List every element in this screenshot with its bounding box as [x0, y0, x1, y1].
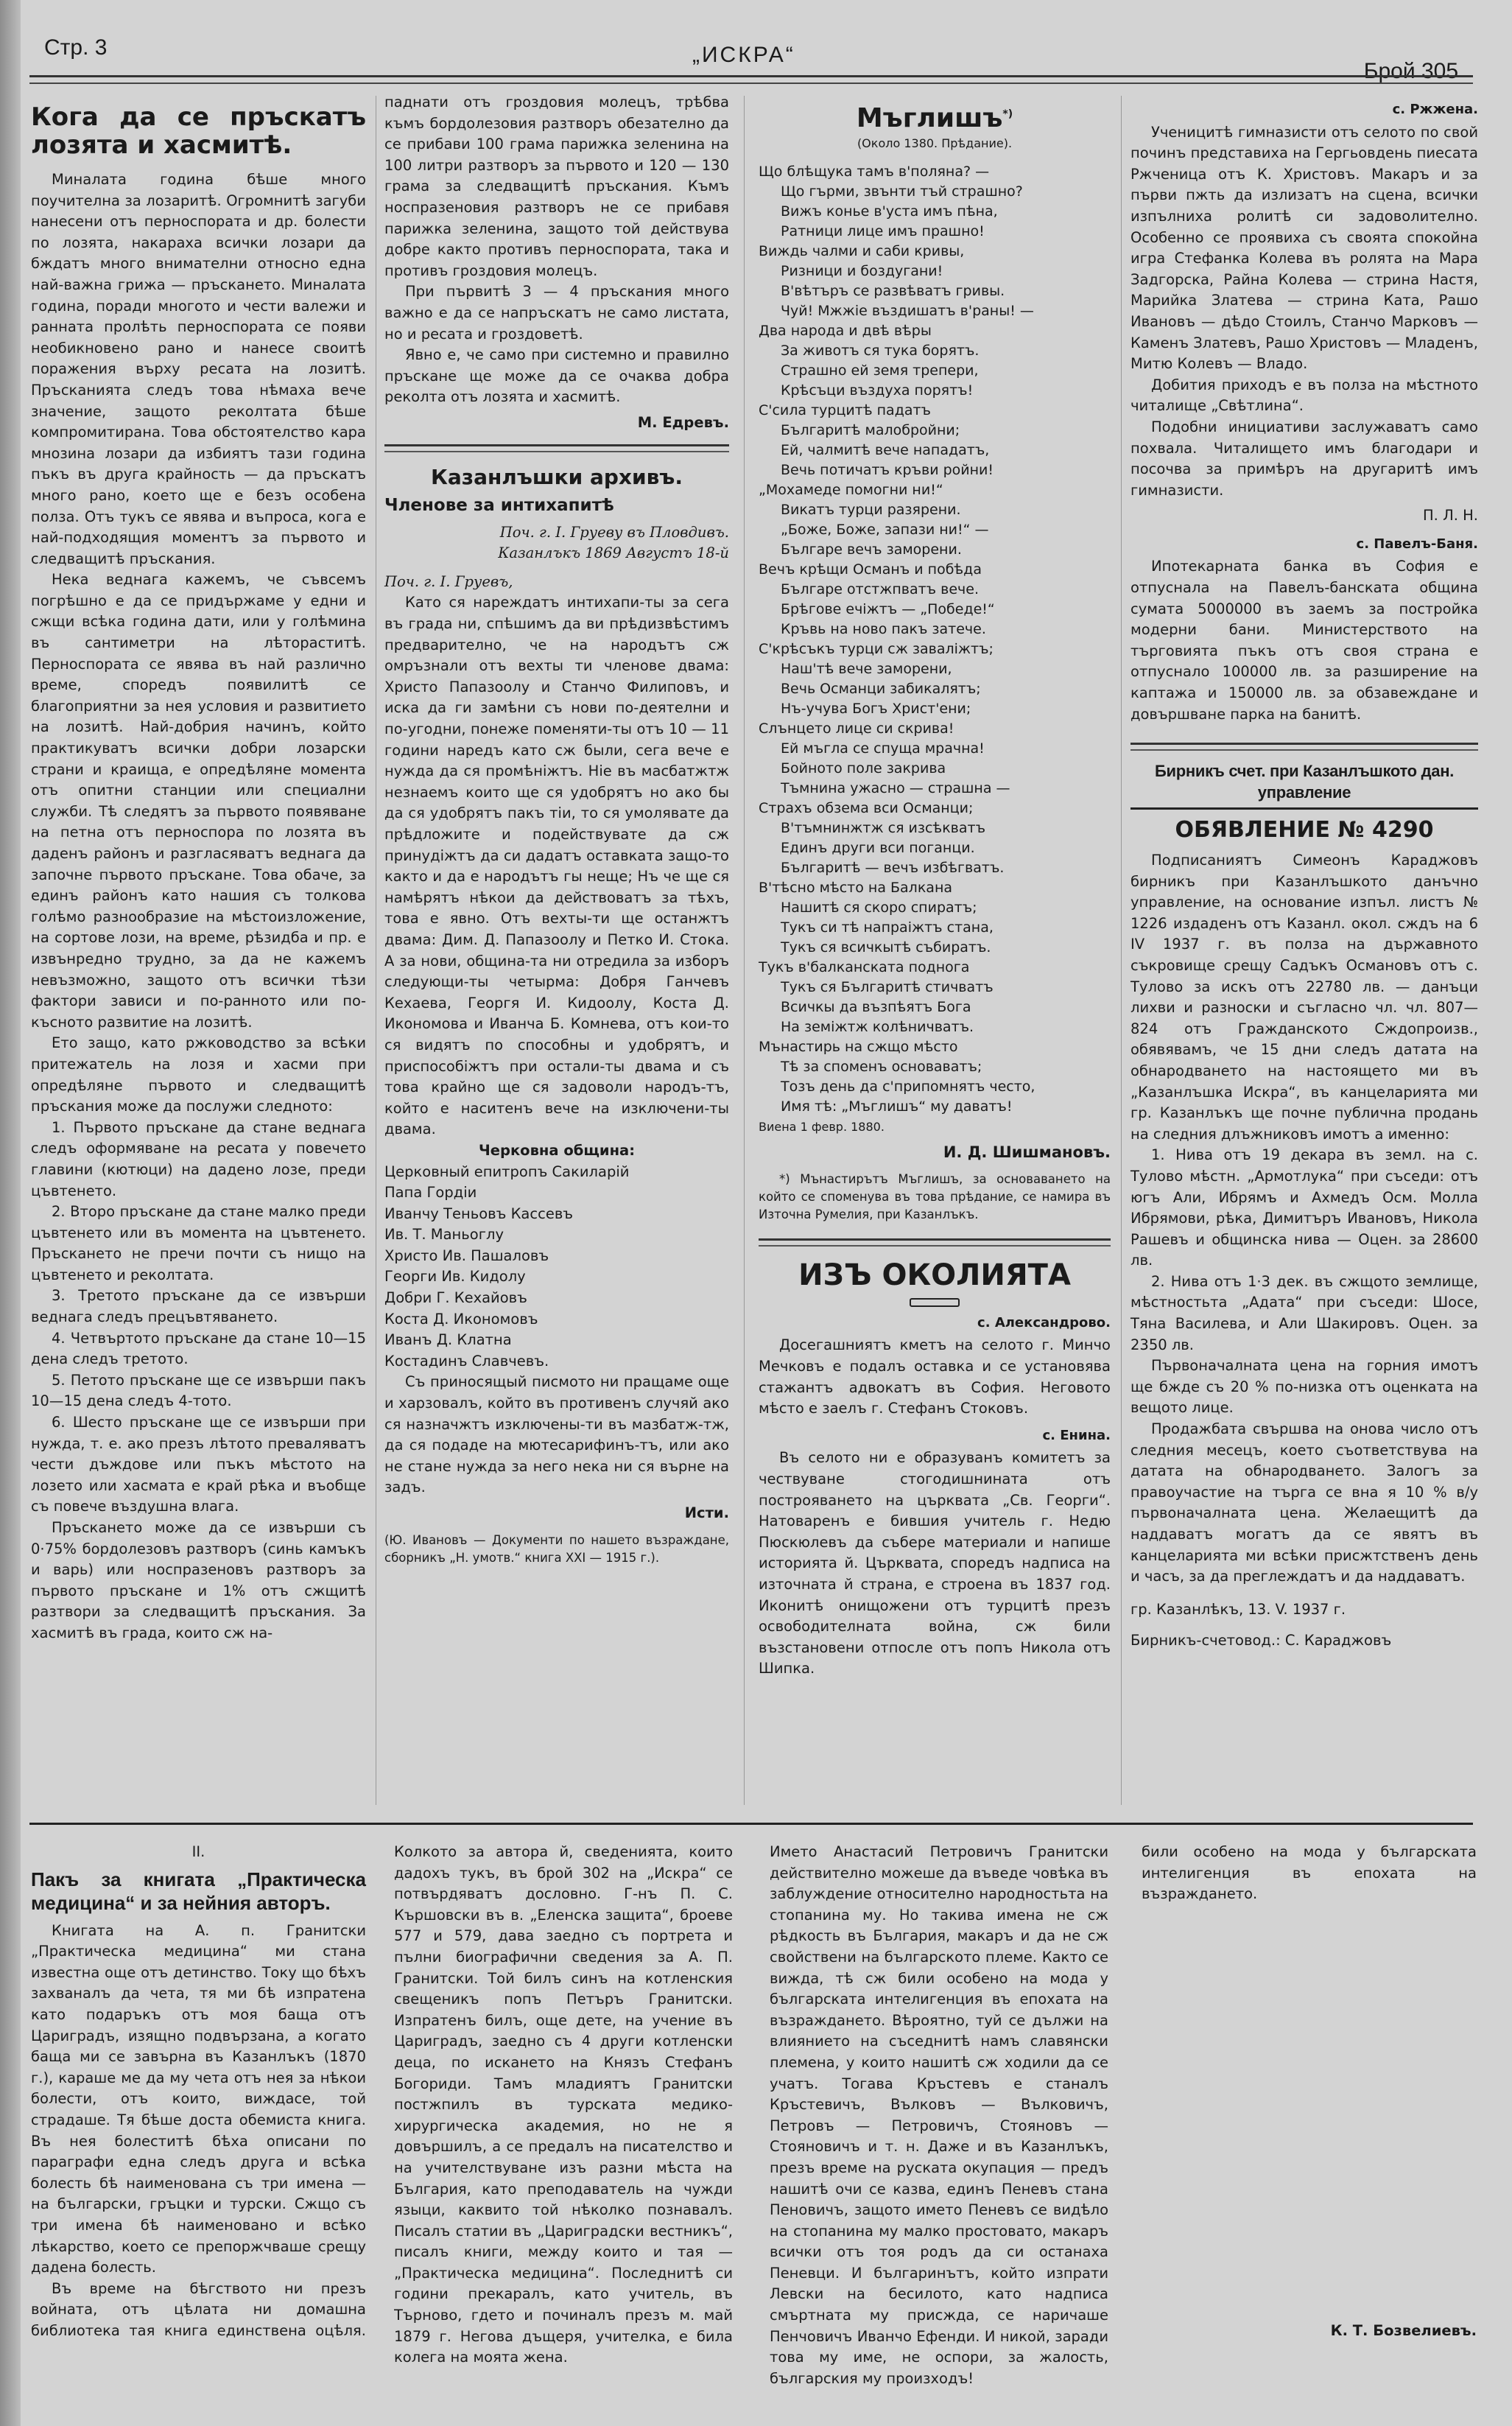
article-title: Членове за интихапитѣ	[384, 495, 729, 516]
poem-line: Българе отстжпватъ вече.	[759, 580, 1111, 600]
poem-line: Тозъ день да с'припомнятъ често,	[759, 1077, 1111, 1097]
poem-line: Нашитѣ ся скоро спиратъ;	[759, 898, 1111, 918]
column-divider	[1121, 96, 1122, 1805]
column-3: Мъглишъ*) (Около 1380. Прѣдание). Що блѣ…	[759, 99, 1111, 1680]
paragraph: Миналата година бѣше много поучителна за…	[31, 169, 366, 569]
page-number: Стр. 3	[44, 35, 107, 60]
column-2: паднати отъ гроздовия молецъ, трѣбва към…	[384, 92, 729, 1567]
section-separator	[384, 444, 729, 452]
poem-line: Вечь потичатъ кръви ройни!	[759, 460, 1111, 480]
notice-terms: Първоначалната цена на горния имотъ ще б…	[1131, 1356, 1478, 1419]
section-separator	[759, 1238, 1111, 1247]
list-item: Христо Ив. Пашаловъ	[384, 1246, 729, 1267]
paragraph: Името Анастасий Петровичъ Гранитски дейс…	[770, 1842, 1108, 2389]
author-signature: Исти.	[384, 1503, 729, 1524]
page-fold-shadow	[0, 0, 21, 2426]
poem-line: Вечь Османци забикалятъ;	[759, 679, 1111, 699]
poem-line: Имя тѣ: „Мъглишъ“ му даватъ!	[759, 1097, 1111, 1117]
masthead: Стр. 3 „ИСКРА“ Брой 305	[29, 29, 1473, 74]
poem-line: Ратници лице имъ прашно!	[759, 222, 1111, 242]
list-item: 2. Второ пръскане да стане малко преди ц…	[31, 1202, 366, 1286]
paragraph: Съ приносящый писмото ни пращаме още и х…	[384, 1372, 729, 1498]
poem-line: Българе вечъ заморени.	[759, 540, 1111, 560]
news-item: Ученицитѣ гимназисти отъ селото по свой …	[1131, 122, 1478, 375]
poem-line: На земіжтж колѣничватъ.	[759, 1017, 1111, 1037]
poem-line: Страхъ обзема вси Османци;	[759, 799, 1111, 818]
poem-line: Единъ други вси поганци.	[759, 838, 1111, 858]
village-name: с. Александрово.	[759, 1313, 1111, 1334]
column-4: с. Ржжена. Ученицитѣ гимназисти отъ село…	[1131, 99, 1478, 1652]
poem-subtitle: (Около 1380. Прѣдание).	[759, 133, 1111, 155]
poem-line: Тукъ ся всичкытѣ събиратъ.	[759, 938, 1111, 958]
paragraph: Книгата на А. п. Гранитски „Практическа …	[31, 1921, 366, 2279]
list-title: Черковна община:	[384, 1140, 729, 1162]
village-name: с. Ржжена.	[1131, 99, 1478, 121]
paragraph: били особено на мода у българската интел…	[1142, 1842, 1477, 2306]
list-item: Церковный епитропъ Сакиларій	[384, 1162, 729, 1183]
village-name: с. Павелъ-Баня.	[1131, 534, 1478, 555]
poem-line: Всичкы да възпѣятъ Бога	[759, 998, 1111, 1017]
poem-line: Виждь чалми и саби кривы,	[759, 242, 1111, 262]
poem-body: Що блѣщука тамъ в'поляна? —Що гърми, звъ…	[759, 162, 1111, 1117]
paragraph: паднати отъ гроздовия молецъ, трѣбва към…	[384, 92, 729, 281]
list-item: Иванъ Д. Клатна	[384, 1330, 729, 1351]
poem-line: В'вѣтъръ се развѣватъ гривы.	[759, 281, 1111, 301]
poem-line: В'тъмнинжтж ся изсѣкватъ	[759, 818, 1111, 838]
paragraph: Колкото за автора й, сведенията, които д…	[394, 1842, 733, 2369]
bottom-column-4: били особено на мода у българската интел…	[1142, 1842, 1477, 2349]
news-item: Подобни инициативи заслужаватъ само похв…	[1131, 417, 1478, 501]
bottom-column-3: Името Анастасий Петровичъ Гранитски дейс…	[770, 1842, 1108, 2402]
column-divider	[744, 96, 745, 1805]
salutation: Поч. г. І. Груевъ,	[384, 572, 729, 593]
list-item: Папа Гордіи	[384, 1182, 729, 1204]
poem-line: Ей мъгла се спуща мрачна!	[759, 739, 1111, 759]
poem-line: Брѣгове ечiжтъ — „Победе!“	[759, 600, 1111, 620]
poem-line: Крѣсъци въздуха порятъ!	[759, 381, 1111, 401]
notice-item: 1. Нива отъ 19 декара въ земл. на с. Тул…	[1131, 1145, 1478, 1272]
list-item: 5. Петото пръскане ще се извърши пакъ 10…	[31, 1370, 366, 1412]
list-item: 3. Третото пръскане да се извърши веднаг…	[31, 1286, 366, 1328]
bottom-section-rule	[29, 1823, 1473, 1825]
section-title: ИЗЪ ОКОЛИЯТА	[759, 1258, 1111, 1292]
poem-line: Що гърми, звънти тъй страшно?	[759, 182, 1111, 202]
poem-line: Тукъ си тѣ напраіжтъ стана,	[759, 918, 1111, 938]
notice-title: ОБЯВЛЕНИЕ № 4290	[1131, 820, 1478, 841]
poem-line: Българитѣ малобройни;	[759, 421, 1111, 441]
news-item: Ипотекарната банка въ София е отпуснала …	[1131, 556, 1478, 725]
poem-line: Страшно ей земя трепери,	[759, 361, 1111, 381]
place-date: Виена 1 февр. 1880.	[759, 1117, 1111, 1138]
author-signature: И. Д. Шишмановъ.	[759, 1142, 1111, 1163]
poem-line: Тукъ в'балканската поднога	[759, 958, 1111, 978]
news-item: Въ селото ни е образуванъ комитетъ за че…	[759, 1448, 1111, 1680]
bottom-column-2: Колкото за автора й, сведенията, които д…	[394, 1842, 733, 2402]
list-item: 6. Шесто пръскане ще се извърши при нужд…	[31, 1412, 366, 1518]
notice-place-date: гр. Казанлѣкъ, 13. V. 1937 г.	[1131, 1599, 1478, 1621]
list-item: Иванчу Теньовъ Кассевъ	[384, 1204, 729, 1225]
list-item: Костадинъ Славчевъ.	[384, 1351, 729, 1372]
poem-title: Мъглишъ*)	[759, 99, 1111, 133]
author-signature: К. Т. Бозвелиевъ.	[1142, 2321, 1477, 2342]
poem-line: Кръвь на ново пакъ затече.	[759, 620, 1111, 639]
section-title: Казанлъшки архивъ.	[384, 467, 729, 488]
notice-body: Подписаниятъ Симеонъ Караджовъ бирникъ п…	[1131, 850, 1478, 1145]
notice-office: Бирникъ счет. при Казанлъшкото дан. упра…	[1131, 761, 1478, 810]
poem-line: С'сила турцитѣ падатъ	[759, 401, 1111, 421]
author-signature: П. Л. Н.	[1131, 505, 1478, 527]
list-item: Коста Д. Икономовъ	[384, 1309, 729, 1331]
poem-line: Два народа и двѣ вѣры	[759, 321, 1111, 341]
footnote: *) Мънастирътъ Мъглишъ, за основаването …	[759, 1171, 1111, 1224]
poem-line: С'крѣсъкъ турци сж заваліжтъ;	[759, 639, 1111, 659]
paragraph: Нека веднага кажемъ, че съвсемъ погрѣшно…	[31, 569, 366, 1033]
article-title: Пакъ за книгата „Практическа медицина“ и…	[31, 1868, 366, 1915]
masthead-rule	[29, 75, 1473, 84]
dateline: Казанлъкъ 1869 Августъ 18-й	[384, 543, 729, 564]
poem-line: Тъмнина ужасно — страшна —	[759, 779, 1111, 799]
poem-line: Вечъ крѣщи Османъ и побѣда	[759, 560, 1111, 580]
poem-line: Ризници и боздугани!	[759, 262, 1111, 281]
list-item: 4. Четвъртото пръскане да стане 10—15 де…	[31, 1328, 366, 1370]
poem-line: „Боже, Боже, запази ни!“ —	[759, 520, 1111, 540]
paragraph: Ето защо, като ржководство за всѣки прит…	[31, 1033, 366, 1117]
poem-line: Тукъ ся Българитѣ стичватъ	[759, 978, 1111, 998]
list-item: Добри Г. Кехайовъ	[384, 1288, 729, 1309]
bottom-column-1: II. Пакъ за книгата „Практическа медицин…	[31, 1842, 366, 2342]
poem-line: Наш'тѣ вече заморени,	[759, 659, 1111, 679]
notice-signature: Бирникъ-счетовод.: С. Караджовъ	[1131, 1630, 1478, 1652]
paragraph: Въ време на бѣгството ни презъ войната, …	[31, 2279, 366, 2342]
poem-line: За животъ ся тука борятъ.	[759, 341, 1111, 361]
poem-line: Нъ-учува Богъ Христ'ени;	[759, 699, 1111, 719]
notice-terms: Продажбата свършва на онова число отъ сл…	[1131, 1419, 1478, 1588]
poem-line: Тѣ за споменъ основаватъ;	[759, 1057, 1111, 1077]
column-divider	[376, 96, 376, 1805]
newspaper-title: „ИСКРА“	[692, 43, 795, 68]
poem-line: „Мохамеде помогни ни!“	[759, 480, 1111, 500]
dateline: Поч. г. І. Груеву въ Пловдивъ.	[384, 522, 729, 544]
poem-line: Слънцето лице си скрива!	[759, 719, 1111, 739]
list-item: 1. Първото пръскане да стане веднага сле…	[31, 1118, 366, 1202]
poem-line: В'тѣсно мѣсто на Балкана	[759, 878, 1111, 898]
ornament-bar	[910, 1298, 960, 1307]
notice-item: 2. Нива отъ 1·3 дек. въ сжщото землище, …	[1131, 1272, 1478, 1356]
poem-line: Българитѣ — вечъ избѣгватъ.	[759, 858, 1111, 878]
article-number: II.	[31, 1842, 366, 1863]
poem-line: Що блѣщука тамъ в'поляна? —	[759, 162, 1111, 182]
list-item: Георги Ив. Кидолу	[384, 1266, 729, 1288]
column-1: Кога да се пръскатъ лозята и хасмитѣ. Ми…	[31, 103, 366, 1644]
village-name: с. Енина.	[759, 1426, 1111, 1447]
article-title: Кога да се пръскатъ лозята и хасмитѣ.	[31, 103, 366, 159]
news-item: Добития приходъ е въ полза на мѣстното ч…	[1131, 375, 1478, 417]
section-separator	[1131, 743, 1478, 751]
news-item: Досегашниятъ кметъ на селото г. Минчо Ме…	[759, 1335, 1111, 1419]
members-list: Церковный епитропъ Сакиларій Папа Гордіи…	[384, 1162, 729, 1372]
poem-line: Чуй! Мжжіе въздишатъ в'раны! —	[759, 301, 1111, 321]
source-note: (Ю. Ивановъ — Документи по нашето възраж…	[384, 1532, 729, 1567]
list-item: Ив. Т. Маньоглу	[384, 1224, 729, 1246]
poem-line: Вижъ коньe в'уста имъ пѣна,	[759, 202, 1111, 222]
poem-line: Викатъ турци разярени.	[759, 500, 1111, 520]
poem-line: Мънастирь на сжщо мѣсто	[759, 1037, 1111, 1057]
paragraph: Пръскането може да се извърши съ 0·75% б…	[31, 1518, 366, 1644]
paragraph: При първитѣ 3 — 4 пръскания много важно …	[384, 281, 729, 345]
paragraph: Като ся нареждатъ интихапи-ты за сега въ…	[384, 592, 729, 1140]
author-signature: М. Едревъ.	[384, 413, 729, 434]
poem-line: Ей, чалмитѣ вече нападатъ,	[759, 441, 1111, 460]
paragraph: Явно е, че само при системно и правилно …	[384, 345, 729, 408]
poem-line: Бойното поле закрива	[759, 759, 1111, 779]
